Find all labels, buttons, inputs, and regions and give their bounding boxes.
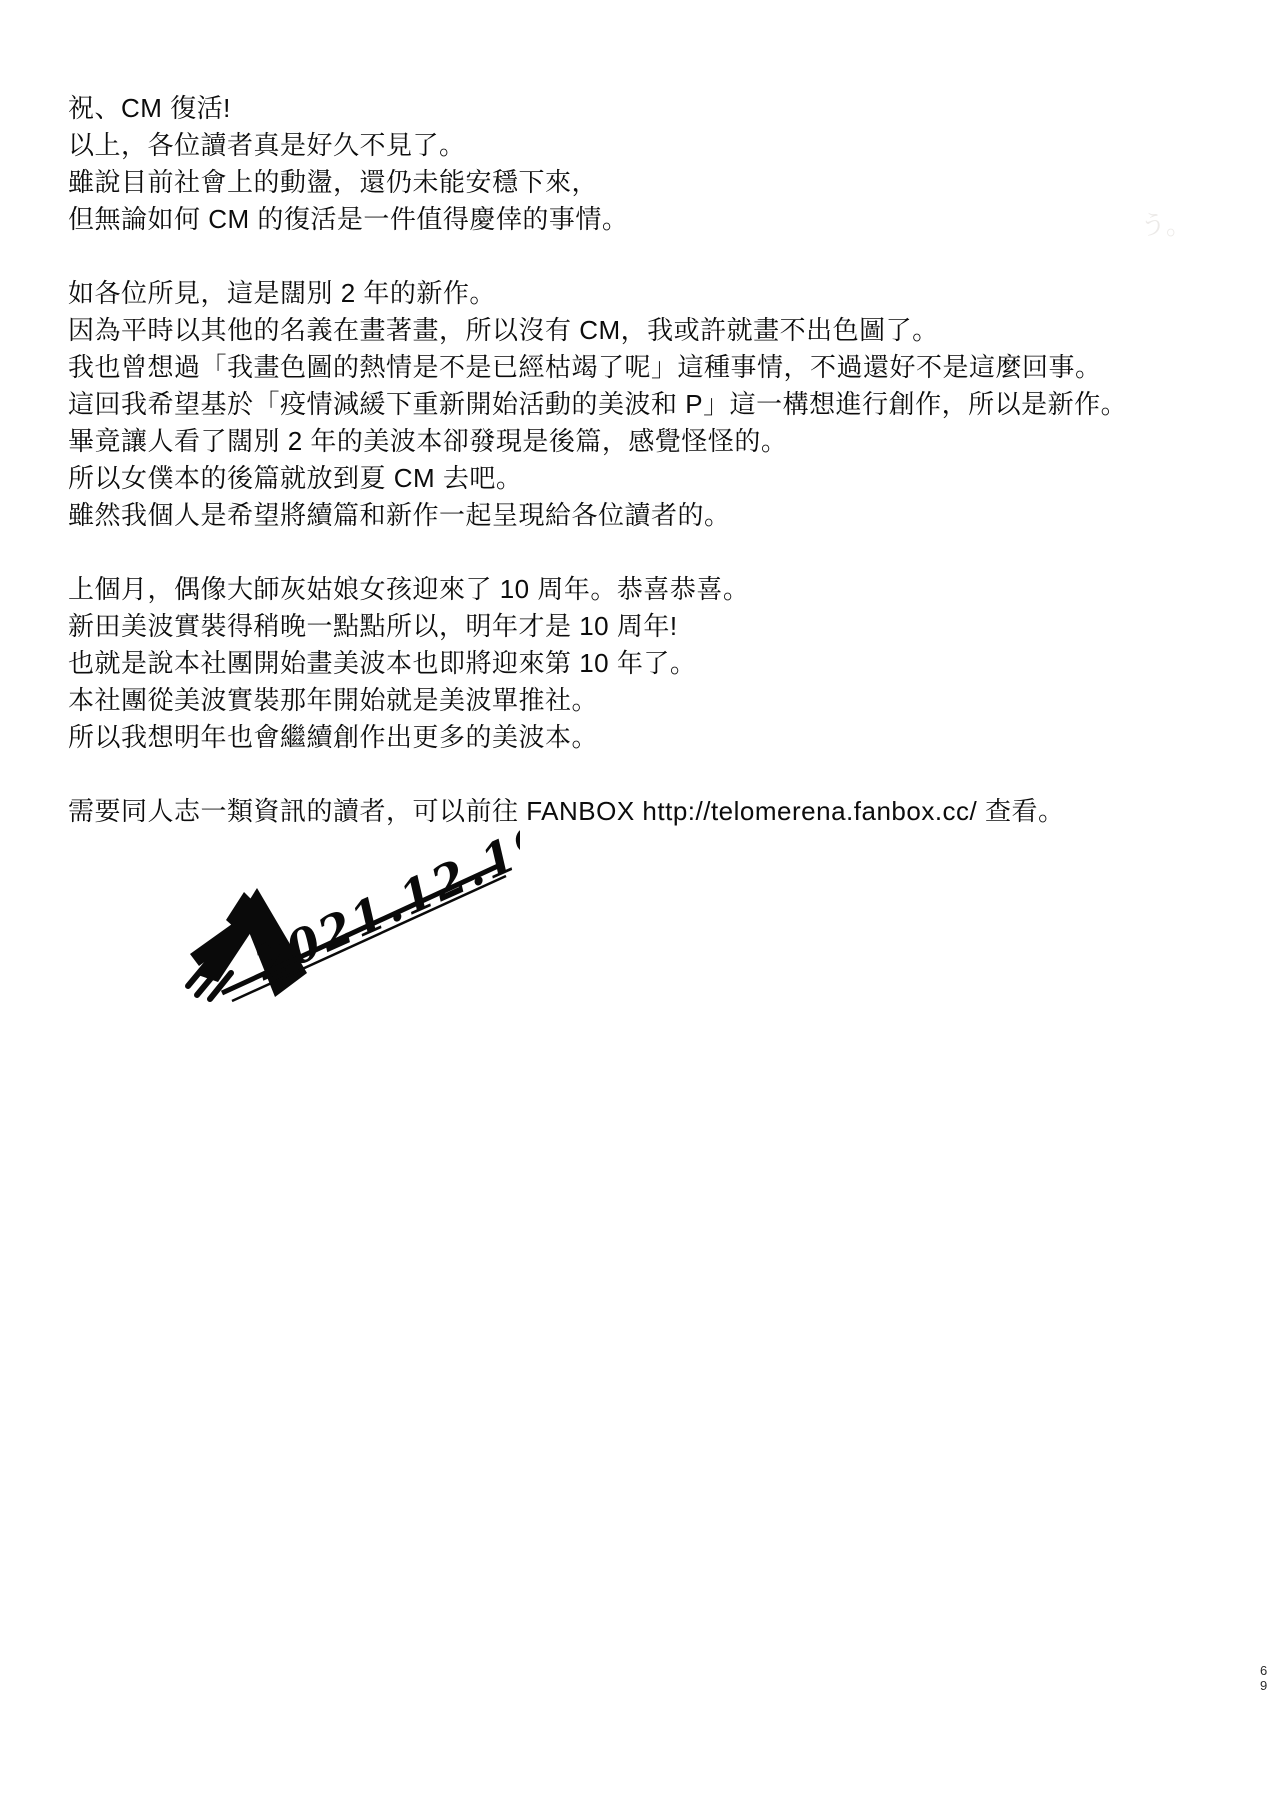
text-line: 如各位所見，這是闊別 2 年的新作。 (68, 275, 1218, 312)
artist-signature-mark: 2021.12.19 (140, 768, 520, 1003)
text-line: 本社團從美波實裝那年開始就是美波單推社。 (68, 682, 1218, 719)
text-line: 新田美波實裝得稍晚一點點所以，明年才是 10 周年! (68, 608, 1218, 645)
text-line: 祝、CM 復活! (68, 90, 1218, 127)
text-line: 這回我希望基於「疫情減緩下重新開始活動的美波和 P」這一構想進行創作，所以是新作… (68, 386, 1218, 423)
artist-signature: 2021.12.19 (140, 768, 520, 1003)
text-line: 以上，各位讀者真是好久不見了。 (68, 127, 1218, 164)
text-line: 所以我想明年也會繼續創作出更多的美波本。 (68, 719, 1218, 756)
text-line: 我也曾想過「我畫色圖的熱情是不是已經枯竭了呢」這種事情，不過還好不是這麼回事。 (68, 349, 1218, 386)
page-number-digit: 9 (1260, 1678, 1274, 1693)
text-line: 畢竟讓人看了闊別 2 年的美波本卻發現是後篇，感覺怪怪的。 (68, 423, 1218, 460)
blank-line (68, 238, 1218, 275)
text-line: 因為平時以其他的名義在畫著畫，所以沒有 CM，我或許就畫不出色圖了。 (68, 312, 1218, 349)
text-line: 上個月，偶像大師灰姑娘女孩迎來了 10 周年。恭喜恭喜。 (68, 571, 1218, 608)
blank-line (68, 534, 1218, 571)
text-line: 所以女僕本的後篇就放到夏 CM 去吧。 (68, 460, 1218, 497)
afterword-text-block: 祝、CM 復活!以上，各位讀者真是好久不見了。雖說目前社會上的動盪，還仍未能安穩… (68, 90, 1218, 830)
text-line: 也就是說本社團開始畫美波本也即將迎來第 10 年了。 (68, 645, 1218, 682)
afterword-page: 祝、CM 復活!以上，各位讀者真是好久不見了。雖說目前社會上的動盪，還仍未能安穩… (0, 0, 1280, 1804)
text-line: 雖然我個人是希望將續篇和新作一起呈現給各位讀者的。 (68, 497, 1218, 534)
text-line: 雖說目前社會上的動盪，還仍未能安穩下來， (68, 164, 1218, 201)
page-number: 6 9 (1260, 1663, 1274, 1693)
scan-ghost-text: う。 (1140, 205, 1192, 242)
page-number-digit: 6 (1260, 1663, 1274, 1678)
text-line: 但無論如何 CM 的復活是一件值得慶倖的事情。 (68, 201, 1218, 238)
